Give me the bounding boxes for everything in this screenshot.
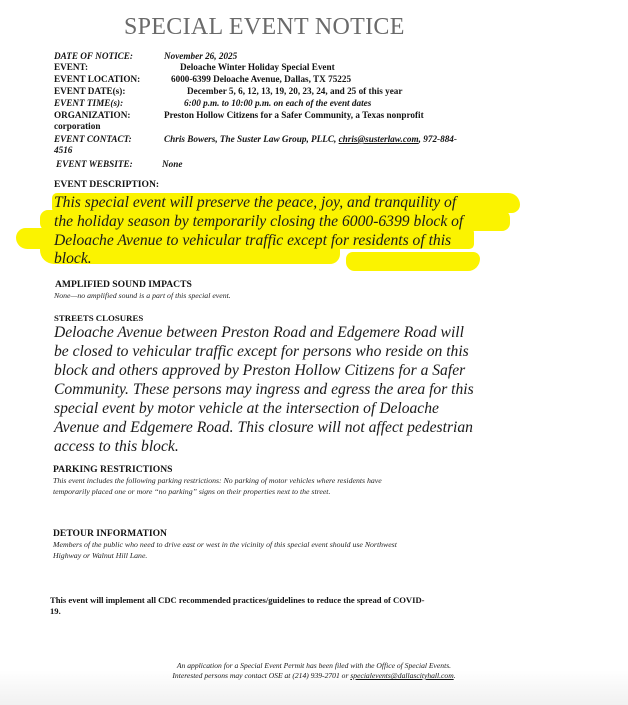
covid-line: This event will implement all CDC recomm… (50, 595, 425, 606)
field-value: 6:00 p.m. to 10:00 p.m. on each of the e… (184, 98, 371, 109)
contact-name: Chris Bowers, The Suster Law Group, PLLC… (164, 134, 339, 144)
street-closures-line: block and others approved by Preston Hol… (54, 361, 465, 381)
covid-line: 19. (50, 606, 425, 617)
parking-line: This event includes the following parkin… (53, 475, 382, 486)
field-label: EVENT CONTACT: (54, 134, 132, 145)
field-label: EVENT WEBSITE: (56, 159, 133, 170)
field-label: EVENT DATE(s): (54, 86, 125, 97)
field-label: EVENT: (54, 62, 88, 73)
parking-line: temporarily placed one or more “no parki… (53, 486, 330, 497)
field-label: DATE OF NOTICE: (54, 51, 133, 62)
detour-line: Members of the public who need to drive … (53, 539, 397, 550)
field-value: December 5, 6, 12, 13, 19, 20, 23, 24, a… (187, 86, 402, 97)
street-closures-line: Deloache Avenue between Preston Road and… (54, 323, 464, 343)
page-title: SPECIAL EVENT NOTICE (124, 14, 405, 41)
amplified-sound-text: None—no amplified sound is a part of thi… (54, 290, 231, 301)
footer-period: . (454, 671, 456, 680)
section-heading-parking: PARKING RESTRICTIONS (53, 464, 173, 475)
field-value: Preston Hollow Citizens for a Safer Comm… (164, 110, 424, 121)
description-line: block. (54, 249, 92, 269)
description-line: This special event will preserve the pea… (54, 193, 456, 213)
street-closures-line: be closed to vehicular traffic except fo… (54, 342, 469, 362)
footer-line-2: Interested persons may contact OSE at (2… (0, 671, 628, 682)
street-closures-line: Avenue and Edgemere Road. This closure w… (54, 418, 473, 438)
street-closures-line: Community. These persons may ingress and… (54, 380, 474, 400)
contact-phone: , 972-884- (419, 134, 457, 144)
description-line: Deloache Avenue to vehicular traffic exc… (54, 231, 451, 251)
field-value: None (162, 159, 182, 170)
field-event-contact-continuation: 4516 (54, 145, 72, 156)
section-heading-street-closures: STREETS CLOSURES (54, 313, 143, 323)
description-line: the holiday season by temporarily closin… (54, 212, 463, 232)
field-value: November 26, 2025 (164, 51, 237, 62)
field-value: Deloache Winter Holiday Special Event (180, 62, 335, 73)
footer-line-1: An application for a Special Event Permi… (0, 661, 628, 672)
street-closures-line: special event by motor vehicle at the in… (54, 399, 439, 419)
field-value: 6000-6399 Deloache Avenue, Dallas, TX 75… (171, 74, 351, 85)
section-heading-detour: DETOUR INFORMATION (53, 528, 167, 539)
field-label: ORGANIZATION: (54, 110, 130, 121)
field-organization-continuation: corporation (54, 121, 100, 132)
section-heading-amplified-sound: AMPLIFIED SOUND IMPACTS (55, 279, 192, 290)
field-value: Chris Bowers, The Suster Law Group, PLLC… (164, 134, 457, 145)
detour-line: Highway or Walnut Hill Lane. (53, 550, 147, 561)
covid-notice: This event will implement all CDC recomm… (50, 595, 425, 617)
contact-email-link[interactable]: chris@susterlaw.com (339, 134, 419, 144)
field-label: EVENT TIME(s): (54, 98, 123, 109)
footer-contact-text: Interested persons may contact OSE at (2… (172, 671, 350, 680)
document-page: SPECIAL EVENT NOTICE DATE OF NOTICE: Nov… (0, 0, 628, 705)
street-closures-line: access to this block. (54, 437, 179, 457)
field-label: EVENT LOCATION: (54, 74, 140, 85)
section-heading-description: EVENT DESCRIPTION: (54, 179, 159, 190)
footer-email-link[interactable]: specialevents@dallascityhall.com (350, 671, 453, 680)
